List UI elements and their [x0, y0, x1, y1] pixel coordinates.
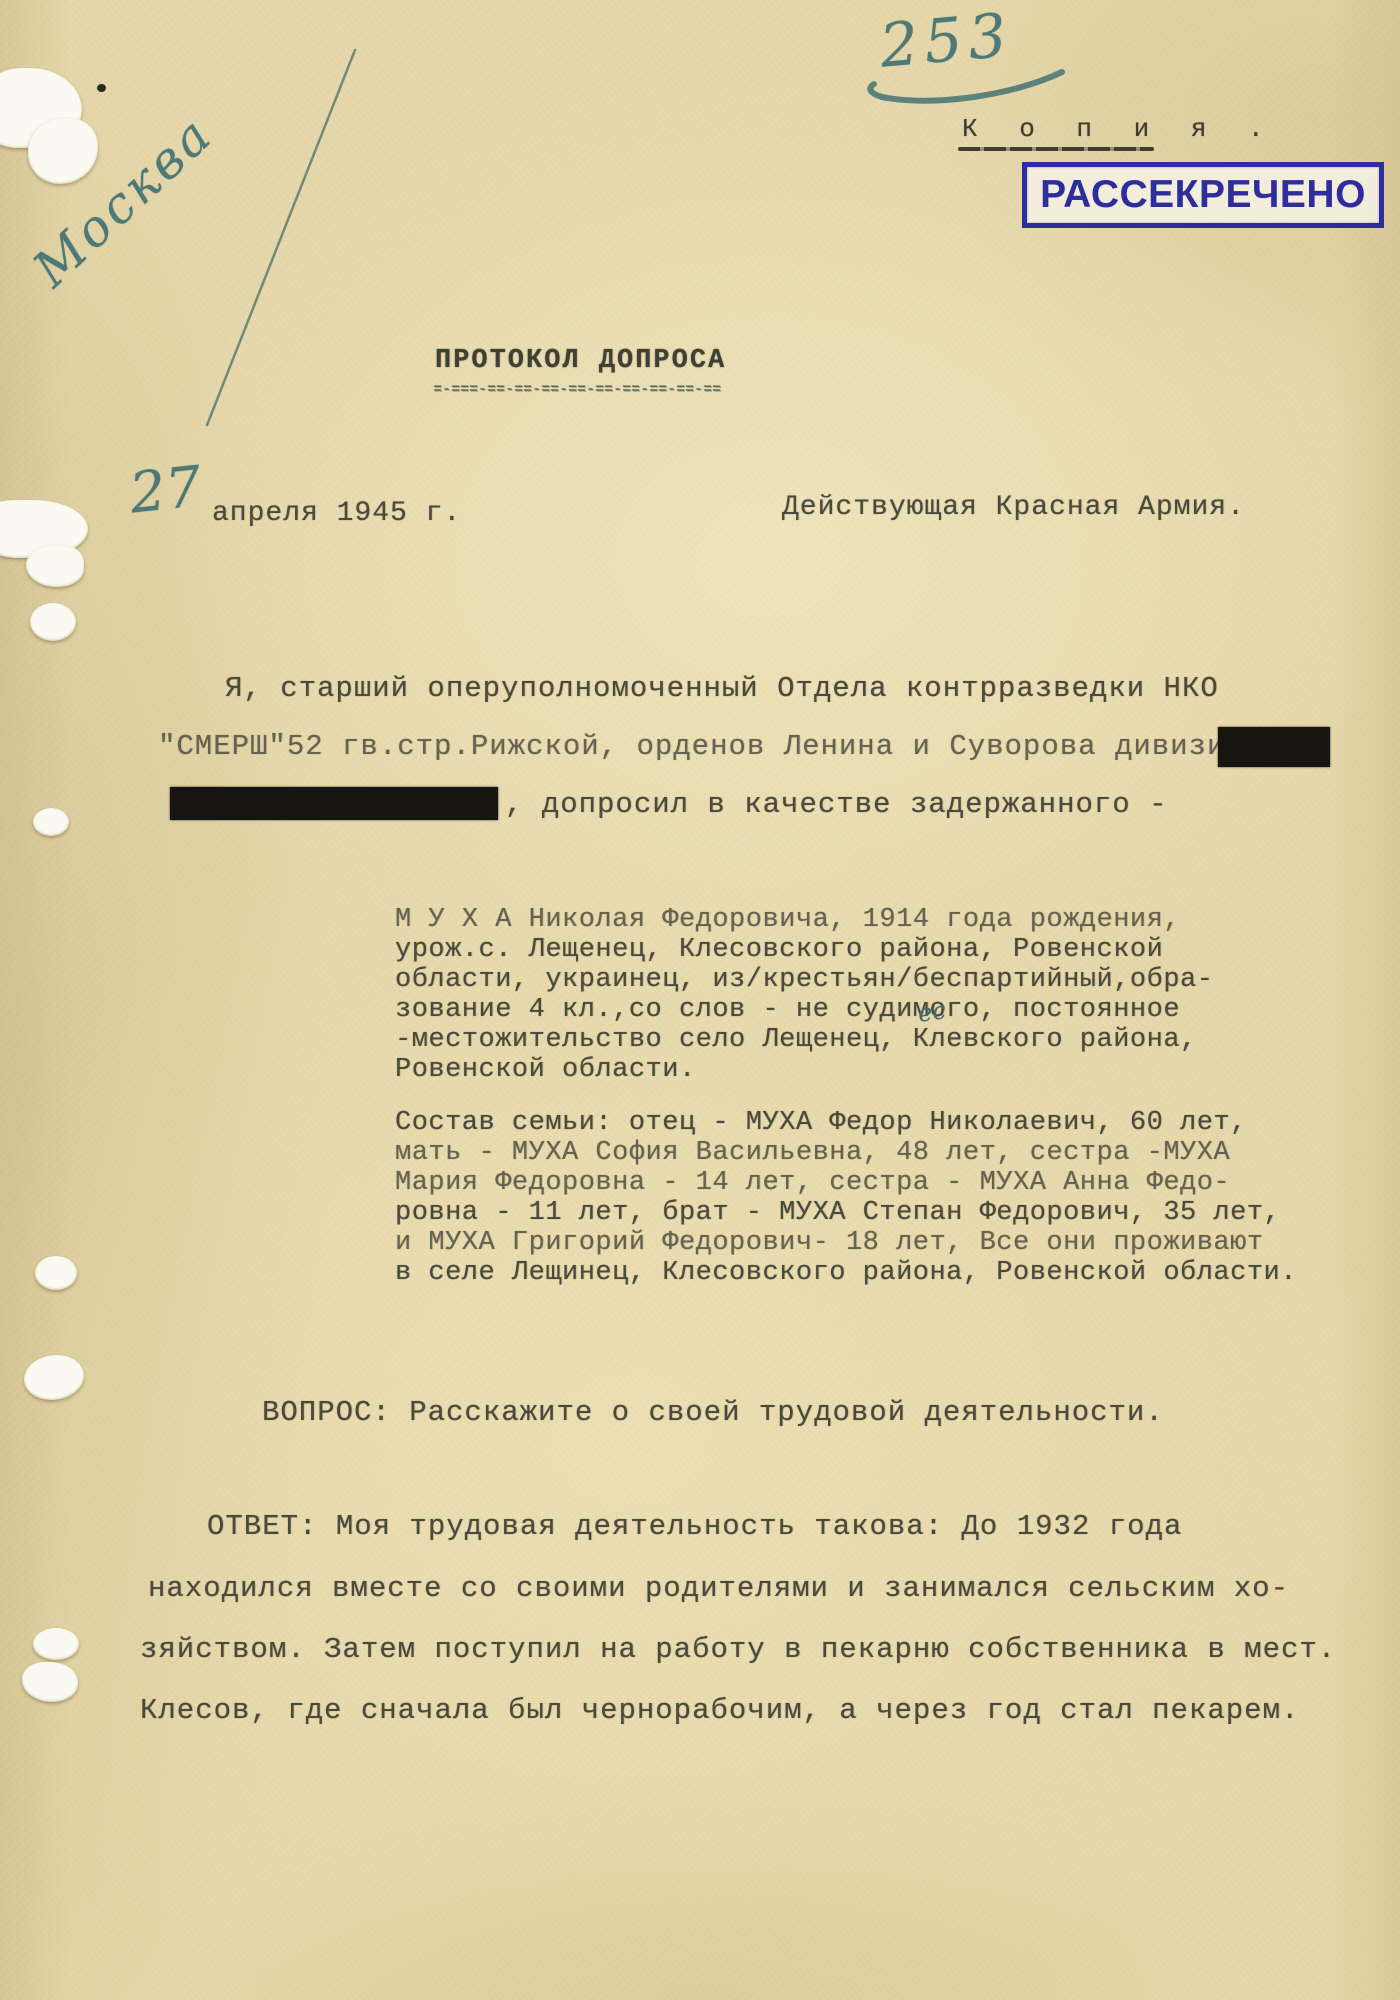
- answer-line: зяйством. Затем поступил на работу в пек…: [140, 1633, 1336, 1666]
- punch-hole: [35, 1256, 77, 1290]
- redaction-bar: [1218, 727, 1330, 767]
- family-line: и МУХА Григорий Федорович- 18 лет, Все о…: [395, 1228, 1264, 1258]
- diagonal-pencil-stroke: [207, 50, 355, 425]
- punch-hole: [33, 1628, 79, 1660]
- bio-line: М У Х А Николая Федоровича, 1914 года ро…: [395, 905, 1180, 935]
- document-title: ПРОТОКОЛ ДОПРОСА: [435, 346, 726, 376]
- family-line: мать - МУХА София Васильевна, 48 лет, се…: [395, 1138, 1230, 1168]
- punch-hole: [22, 1662, 78, 1702]
- bio-line: зование 4 кл.,со слов - не судимого, пос…: [395, 995, 1180, 1025]
- declassified-stamp: РАССЕКРЕЧЕНО: [1022, 162, 1384, 228]
- punch-hole: [33, 808, 69, 836]
- punch-hole: [28, 118, 98, 184]
- family-line: Состав семьи: отец - МУХА Федор Николаев…: [395, 1108, 1247, 1138]
- handwritten-page-number: 253: [877, 0, 1015, 81]
- answer-line: ОТВЕТ: Моя трудовая деятельность такова:…: [207, 1510, 1182, 1543]
- intro-line-2: "СМЕРШ"52 гв.стр.Рижской, орденов Ленина…: [158, 730, 1244, 763]
- ink-speck: [97, 84, 106, 92]
- bio-line: -местожительство село Лещенец, Клевского…: [395, 1025, 1197, 1055]
- bio-line: урож.с. Лещенец, Клесовского района, Ров…: [395, 935, 1163, 965]
- question-line: ВОПРОС: Расскажите о своей трудовой деят…: [262, 1396, 1164, 1429]
- title-underline: =-===-==-==-==-==-==-==-==-==-==: [433, 381, 721, 398]
- handwritten-day: 27: [127, 454, 205, 526]
- bio-line: Ровенской области.: [395, 1055, 696, 1085]
- intro-line-1: Я, старший оперуполномоченный Отдела кон…: [225, 672, 1219, 705]
- copy-label-underline: [958, 147, 1154, 151]
- bio-line: области, украинец, из/крестьян/беспартий…: [395, 965, 1213, 995]
- answer-line: находился вместе со своими родителями и …: [148, 1572, 1289, 1605]
- document-page: 253 Москва К о п и я . РАССЕКРЕЧЕНО ПРОТ…: [0, 0, 1400, 2000]
- army-label: Действующая Красная Армия.: [782, 492, 1245, 523]
- intro-line-3: , допросил в качестве задержанного -: [505, 788, 1168, 821]
- punch-hole: [24, 1355, 84, 1400]
- date-typed: апреля 1945 г.: [212, 498, 461, 529]
- punch-hole: [26, 545, 84, 587]
- family-line: Мария Федоровна - 14 лет, сестра - МУХА …: [395, 1168, 1230, 1198]
- punch-hole: [30, 603, 76, 641]
- family-line: ровна - 11 лет, брат - МУХА Степан Федор…: [395, 1198, 1280, 1228]
- handwritten-correction: ес: [916, 996, 947, 1028]
- redaction-bar: [170, 787, 498, 820]
- copy-label: К о п и я .: [962, 114, 1277, 144]
- family-line: в селе Лещинец, Клесовского района, Рове…: [395, 1258, 1297, 1288]
- answer-line: Клесов, где сначала был чернорабочим, а …: [140, 1694, 1299, 1727]
